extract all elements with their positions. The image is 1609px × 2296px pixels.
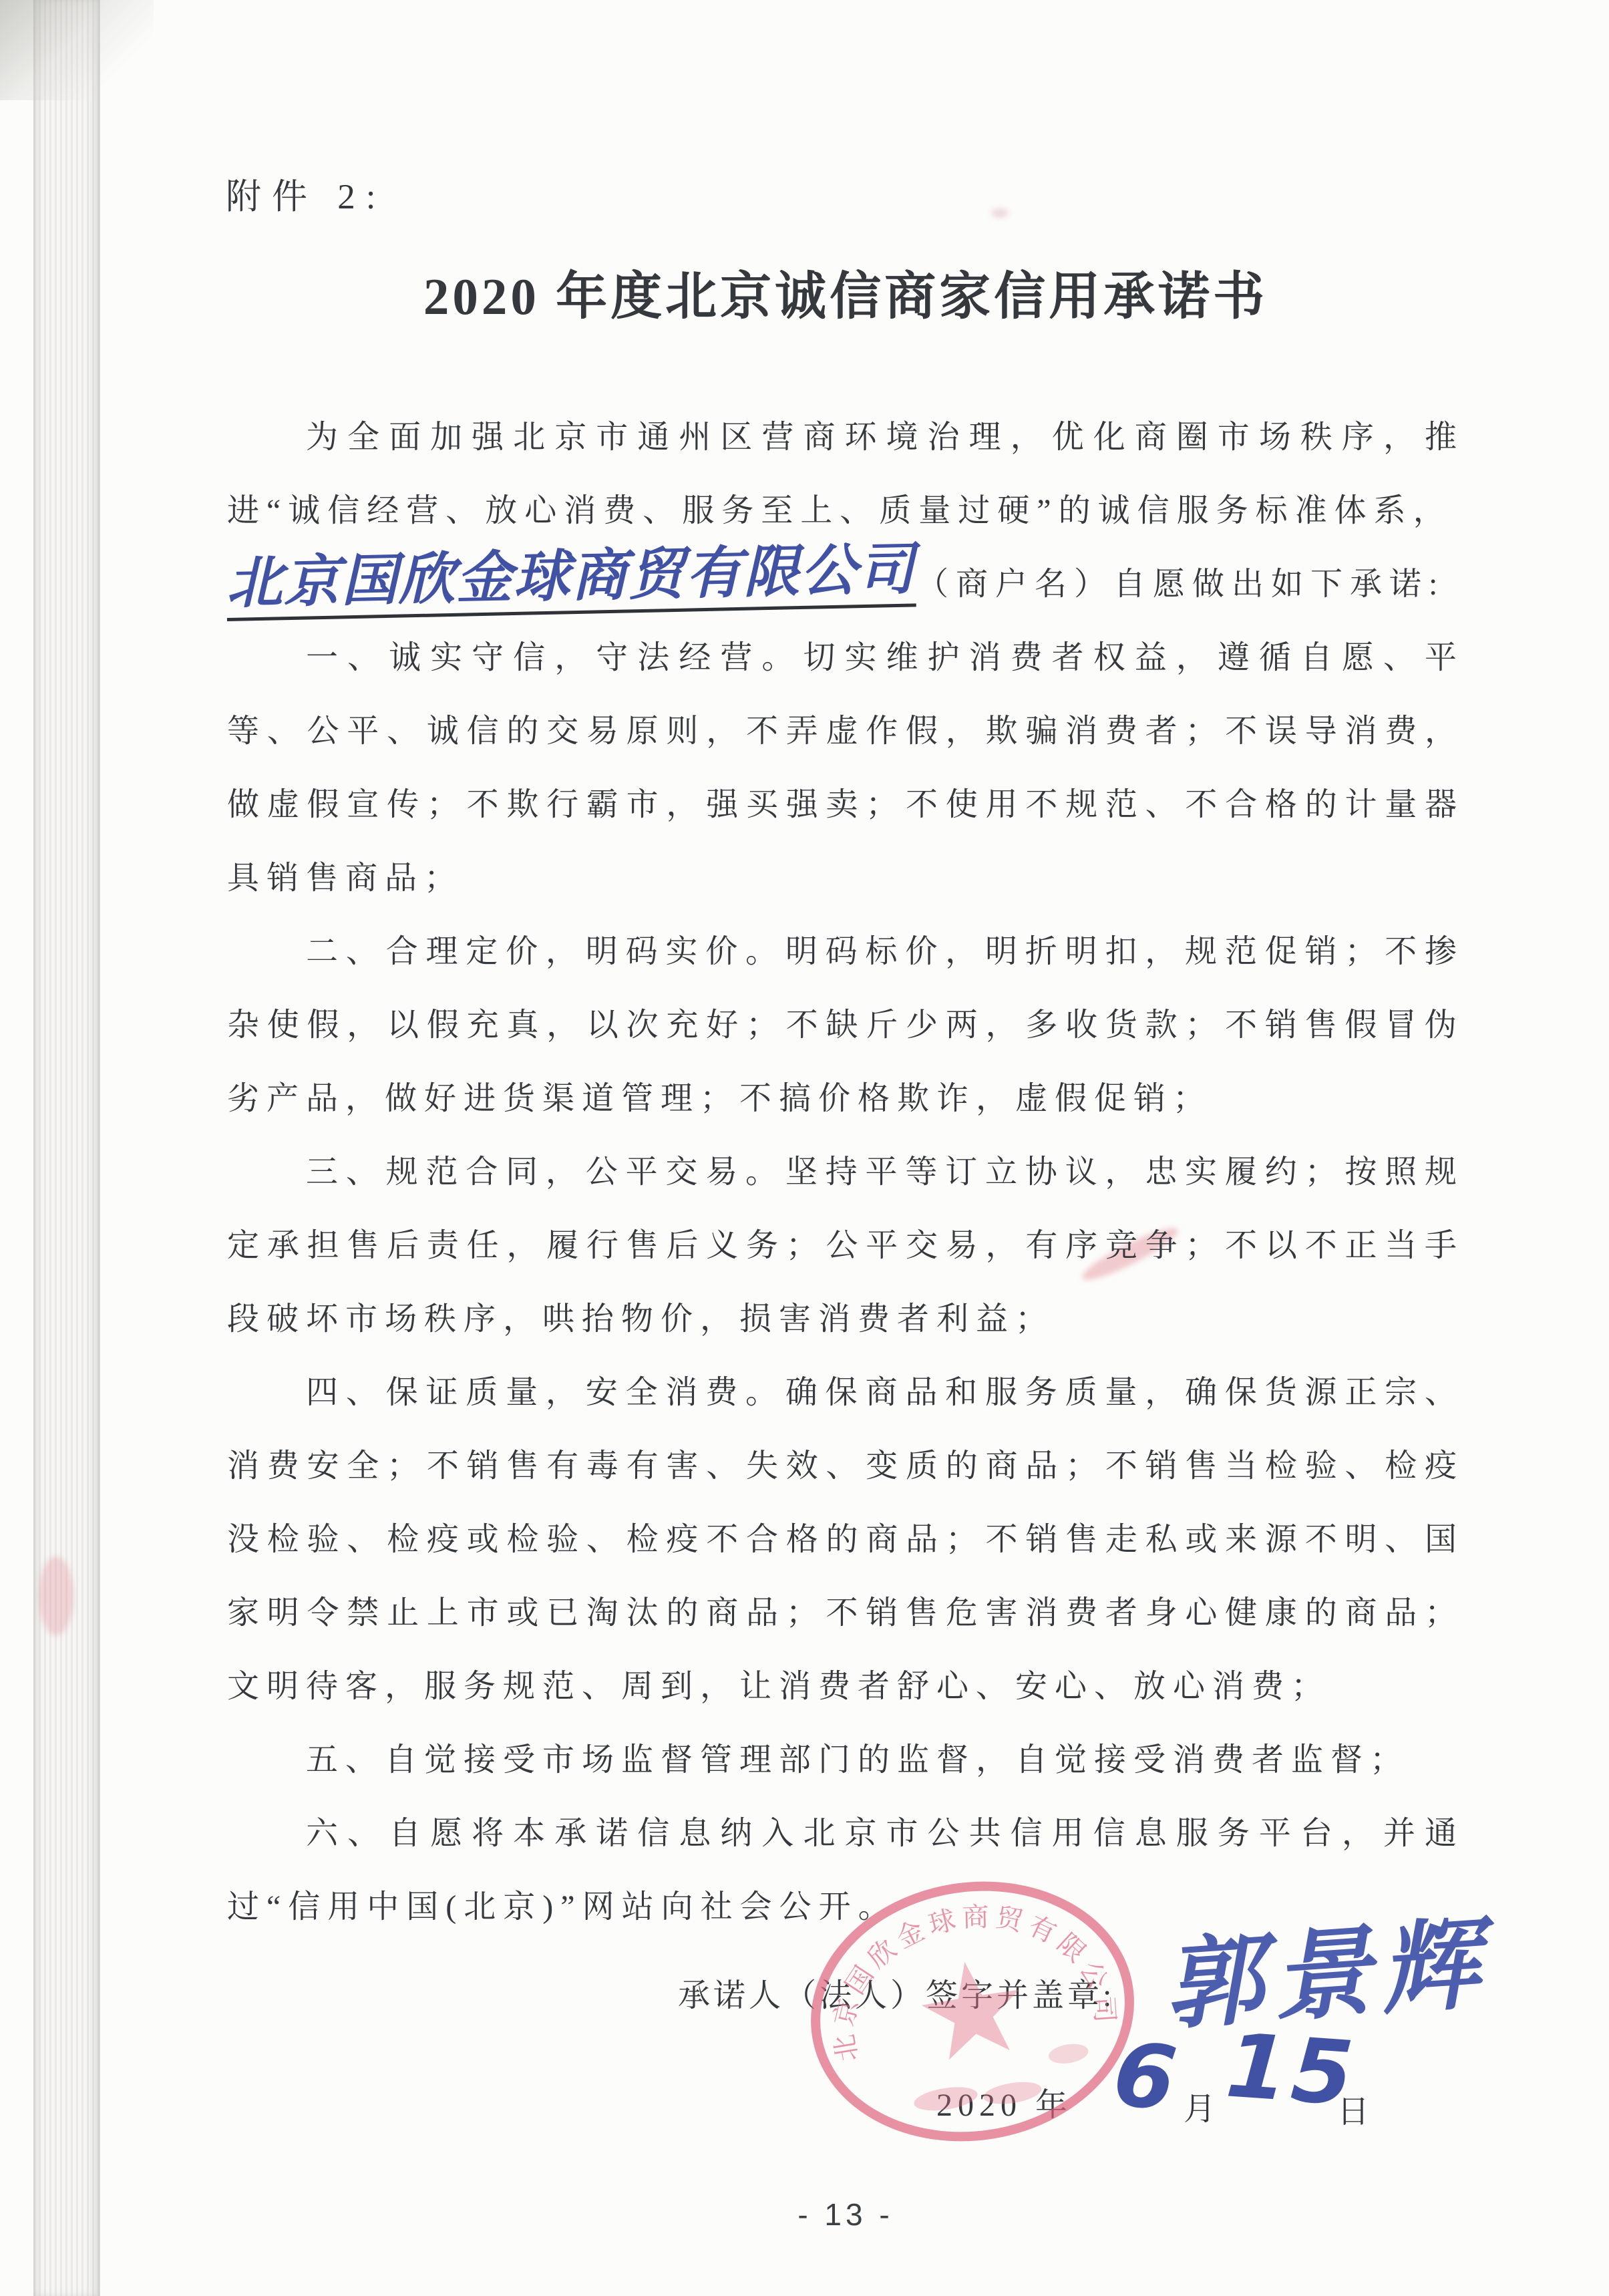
red-ink-smudge bbox=[39, 1556, 73, 1635]
intro-paragraph-lead: 为全面加强北京市通州区营商环境治理，优化商圈市场秩序，推进“诚信经营、放心消费、… bbox=[227, 401, 1464, 548]
document-body: 为全面加强北京市通州区营商环境治理，优化商圈市场秩序，推进“诚信经营、放心消费、… bbox=[227, 401, 1464, 1944]
date-month-label: 月 bbox=[1184, 2083, 1216, 2129]
commitment-paragraph-4: 四、保证质量，安全消费。确保商品和服务质量，确保货源正宗、消费安全；不销售有毒有… bbox=[227, 1356, 1464, 1724]
date-month-handwritten: 6 bbox=[1108, 2022, 1182, 2132]
scan-binding-edge bbox=[33, 0, 100, 2296]
company-seal-stamp: 北京国欣金球商贸有限公司 bbox=[799, 1868, 1146, 2162]
document-title: 2020 年度北京诚信商家信用承诺书 bbox=[227, 255, 1464, 329]
seal-star-icon bbox=[916, 1954, 1028, 2062]
commitment-paragraph-5: 五、自觉接受市场监督管理部门的监督，自觉接受消费者监督； bbox=[227, 1724, 1464, 1797]
date-day-handwritten: 15 bbox=[1223, 2014, 1361, 2126]
commitment-paragraph-2: 二、合理定价，明码实价。明码标价，明折明扣，规范促销；不掺杂使假，以假充真，以次… bbox=[227, 915, 1464, 1136]
scanned-document-page: 附件 2: 2020 年度北京诚信商家信用承诺书 为全面加强北京市通州区营商环境… bbox=[0, 0, 1609, 2296]
commitment-paragraph-3: 三、规范合同，公平交易。坚持平等订立协议，忠实履约；按照规定承担售后责任，履行售… bbox=[227, 1136, 1464, 1356]
red-ink-smudge bbox=[991, 208, 1009, 218]
attachment-label: 附件 2: bbox=[226, 168, 386, 219]
merchant-name-suffix: （商户名）自愿做出如下承诺: bbox=[916, 566, 1445, 602]
scan-corner-shadow bbox=[0, 0, 154, 100]
merchant-name-handwritten: 北京国欣金球商贸有限公司 bbox=[226, 534, 916, 621]
page-number: - 13 - bbox=[227, 2196, 1464, 2233]
commitment-paragraph-1: 一、诚实守信，守法经营。切实维护消费者权益，遵循自愿、平等、公平、诚信的交易原则… bbox=[227, 621, 1464, 915]
merchant-name-line: 北京国欣金球商贸有限公司（商户名）自愿做出如下承诺: bbox=[227, 548, 1464, 621]
